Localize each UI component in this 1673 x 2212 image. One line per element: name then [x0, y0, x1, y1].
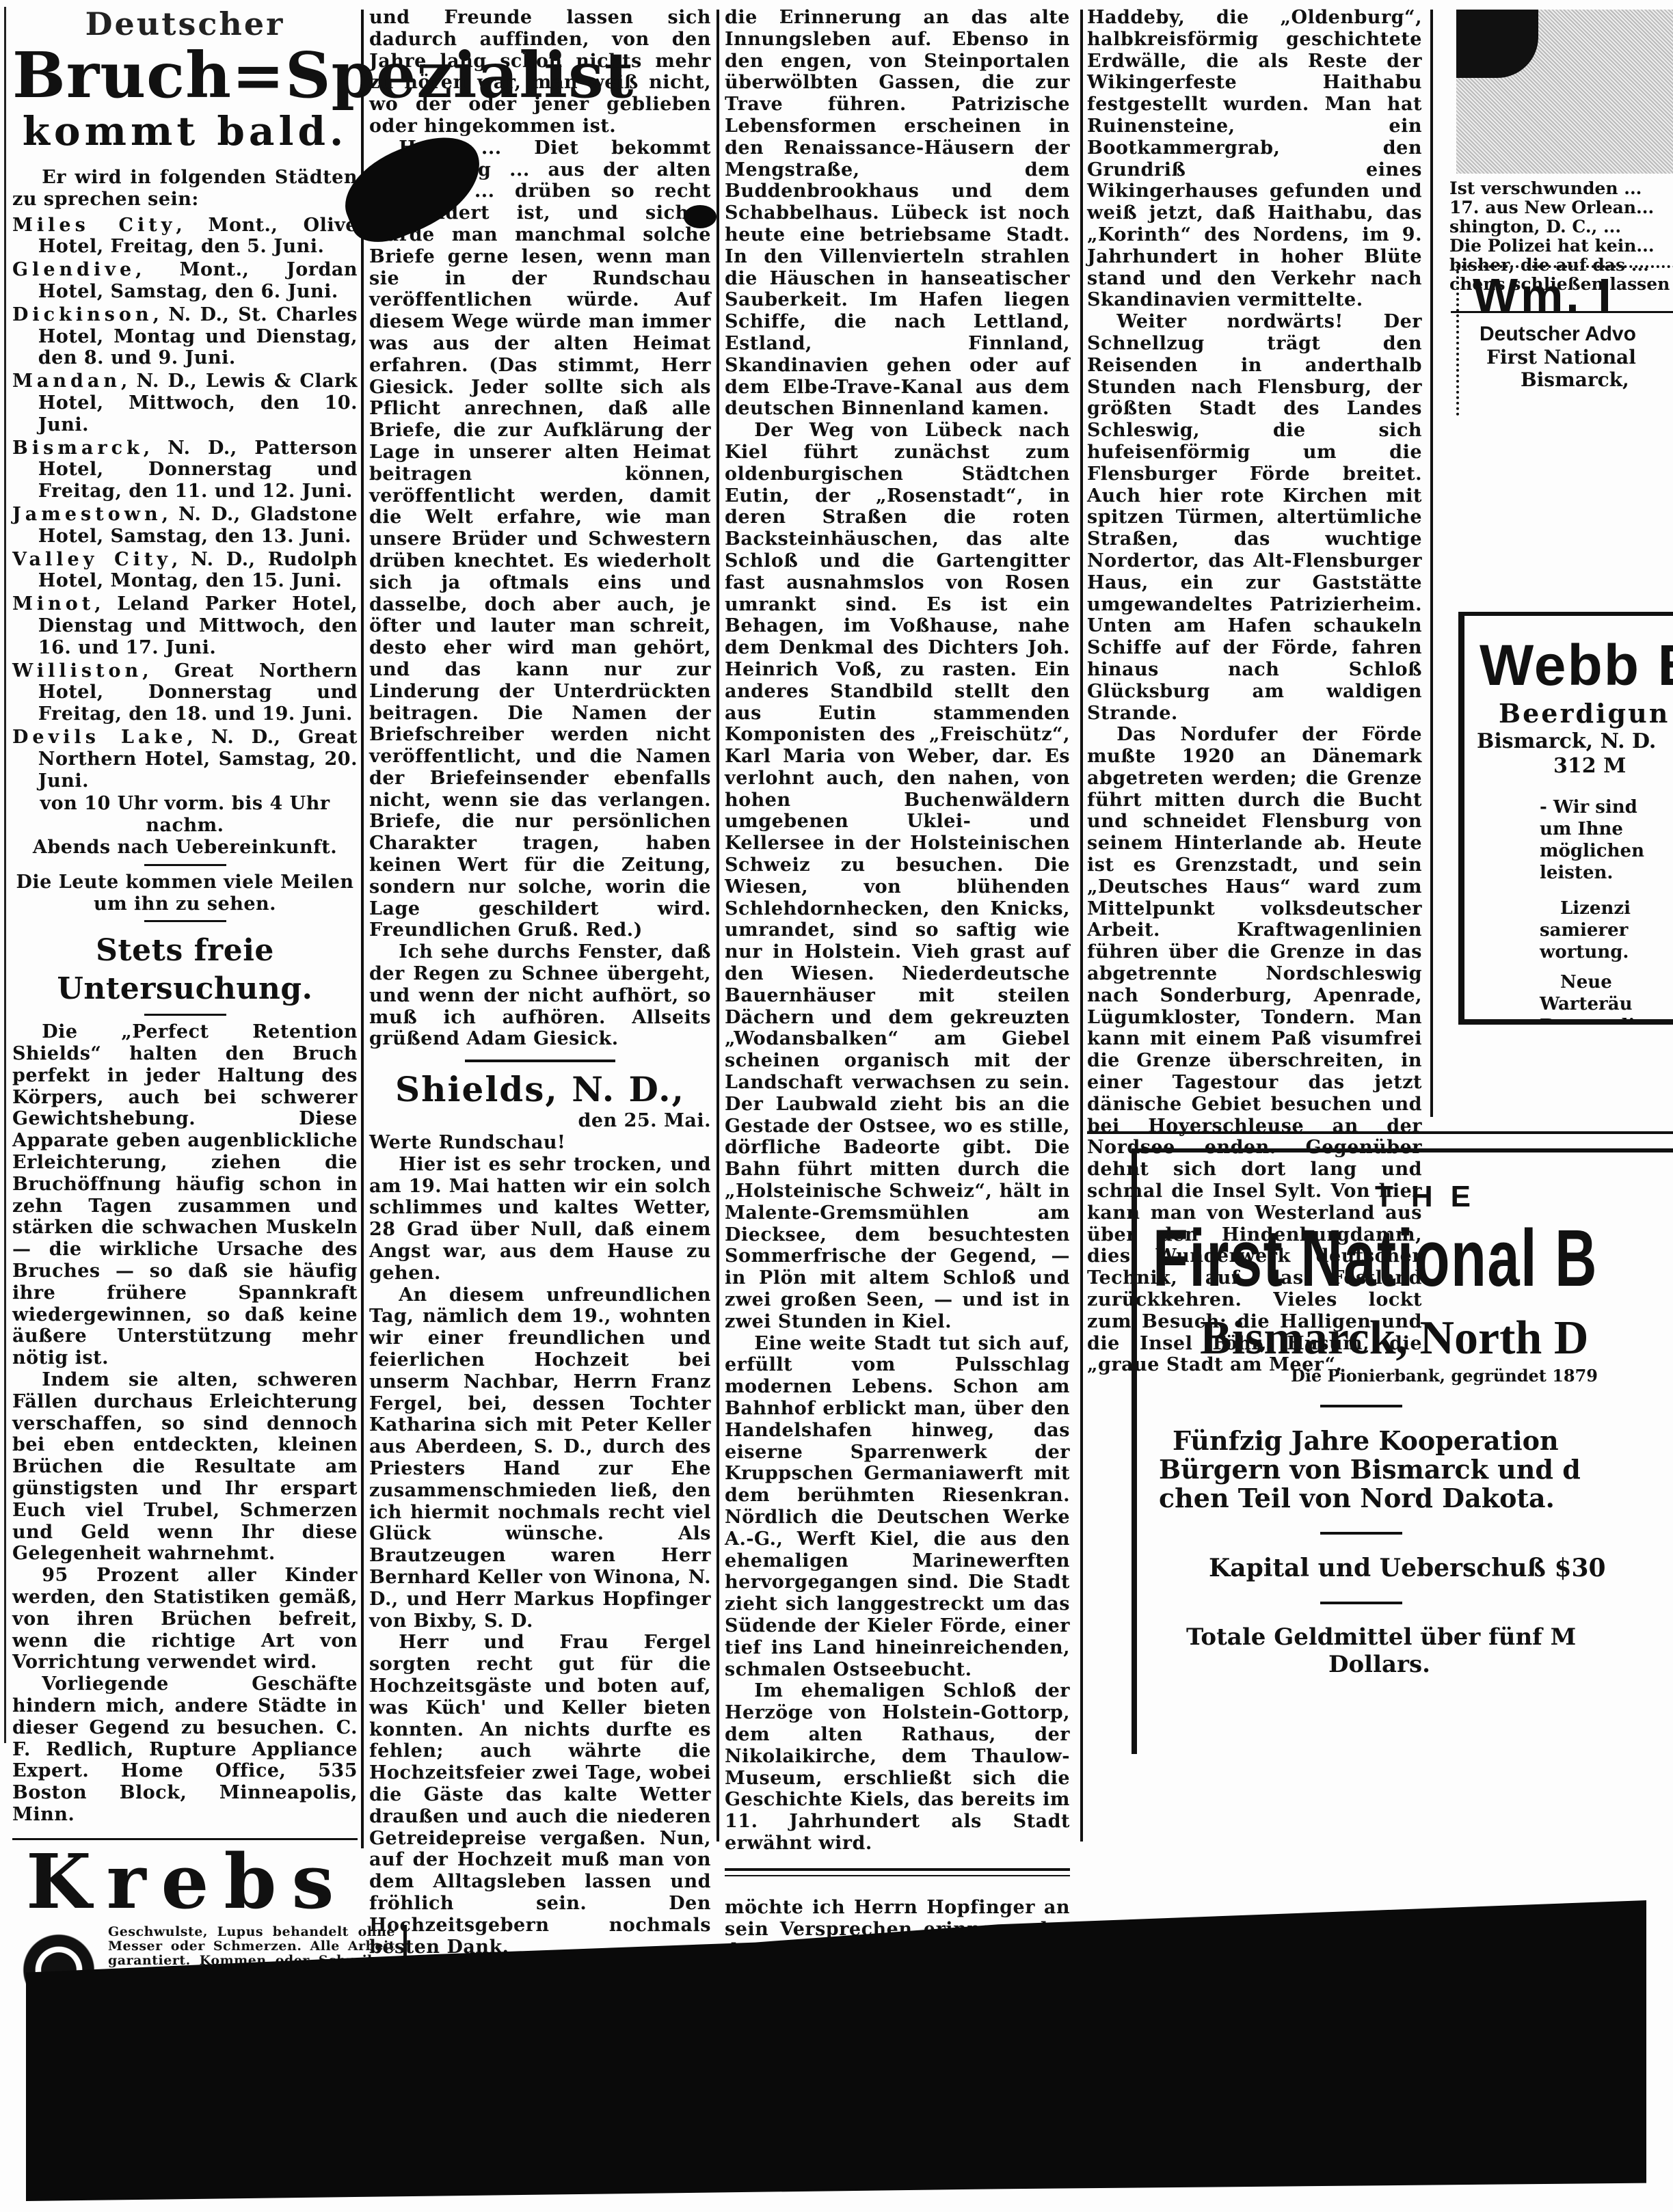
divider [144, 1014, 226, 1016]
divider [1320, 1405, 1402, 1407]
location-item: Dickinson, N. D., St. Charles Hotel, Mon… [12, 304, 358, 369]
paragraph: und Freunde lassen sich dadurch auffinde… [369, 7, 711, 137]
divider [1320, 1532, 1402, 1535]
divider [144, 920, 226, 922]
paragraph: die Erinnerung an das alte Innungsleben … [725, 7, 1070, 420]
header-fragment: Deutscher [12, 7, 358, 41]
location-item: Bismarck, N. D., Patterson Hotel, Donner… [12, 437, 358, 502]
column-rule [1080, 10, 1083, 1842]
locations-list: Miles City, Mont., Olive Hotel, Freitag,… [12, 215, 358, 792]
double-rule [725, 1868, 1070, 1876]
ink-stain [684, 205, 717, 228]
location-item: Glendive, Mont., Jordan Hotel, Samstag, … [12, 259, 358, 303]
wm-ad-line1: Deutscher Advo [1459, 323, 1673, 346]
paragraph: Herr ... Diet bekommt regelmäßig ... aus… [369, 137, 711, 941]
column-rule [361, 10, 364, 1848]
column-rule [1430, 10, 1433, 1117]
webb-ad-line2: Bismarck, N. D. [1464, 729, 1673, 754]
dispatch-date: den 25. Mai. [369, 1110, 711, 1132]
paragraph: Der Weg von Lübeck nach Kiel führt zunäc… [725, 420, 1070, 1332]
ornament-divider [465, 1060, 615, 1062]
left-margin-rule [4, 7, 6, 1743]
bank-ad-founded: Die Pionierbank, gegründet 1879 [1137, 1366, 1673, 1386]
paragraph: Weiter nordwärts! Der Schnellzug trägt d… [1087, 311, 1422, 724]
people-line: Die Leute kommen viele Meilen um ihn zu … [12, 872, 358, 915]
webb-funeral-ad: Webb B Beerdigun Bismarck, N. D. 312 M -… [1458, 612, 1673, 1025]
divider [144, 864, 226, 866]
newspaper-page: Deutscher Bruch=Spezialist kommt bald. E… [0, 0, 1673, 2212]
paragraph: Hier ist es sehr trocken, und am 19. Mai… [369, 1154, 711, 1284]
intro-text: Er wird in folgenden Städten zu sprechen… [12, 167, 358, 211]
divider [1320, 1602, 1402, 1604]
ad-title: Bruch=Spezialist [12, 41, 358, 109]
bank-ad-coop-1: Fünfzig Jahre Kooperation [1137, 1427, 1673, 1455]
wm-ad-name: Wm. I [1459, 268, 1673, 323]
hours-line-2: Abends nach Uebereinkunft. [12, 837, 358, 859]
location-item: Miles City, Mont., Olive Hotel, Freitag,… [12, 215, 358, 258]
column-2-letters: und Freunde lassen sich dadurch auffinde… [369, 7, 711, 2088]
bank-ad-name: First National B [1137, 1214, 1527, 1303]
webb-ad-name: Webb B [1464, 632, 1673, 698]
bank-ad-total-2: Dollars. [1137, 1651, 1673, 1678]
dispatch-heading: Shields, N. D., [369, 1069, 711, 1110]
column-rule [717, 10, 719, 1842]
first-national-bank-ad: THE First National B Bismarck, North D D… [1132, 1148, 1673, 1754]
salutation: Werte Rundschau! [369, 1132, 711, 1154]
bank-ad-city: Bismarck, North D [1137, 1311, 1673, 1366]
ad-subtitle: kommt bald. [12, 109, 358, 153]
column-3-travel-article: die Erinnerung an das alte Innungsleben … [725, 7, 1070, 2114]
section-heading: Stets freie Untersuchung. [12, 932, 358, 1008]
wm-advocate-ad: Wm. I Deutscher Advo First National Bism… [1456, 265, 1673, 416]
hours-line-1: von 10 Uhr vorm. bis 4 Uhr nachm. [12, 793, 358, 837]
wm-ad-line3: Bismarck, [1459, 368, 1673, 391]
paragraph: An diesem unfreundlichen Tag, nämlich de… [369, 1284, 711, 1632]
paragraph: Herr und Frau Fergel sorgten recht gut f… [369, 1632, 711, 1958]
paragraph: Eine weite Stadt tut sich auf, erfüllt v… [725, 1333, 1070, 1681]
bank-ad-coop-2: Bürgern von Bismarck und d [1137, 1455, 1673, 1484]
paragraph: Im ehemaligen Schloß der Herzöge von Hol… [725, 1680, 1070, 1854]
paragraph: Die „Perfect Retention Shields“ halten d… [12, 1021, 358, 1369]
location-item: Devils Lake, N. D., Great Northern Hotel… [12, 727, 358, 792]
paragraph: Ich sehe durchs Fenster, daß der Regen z… [369, 941, 711, 1050]
paragraph: 95 Prozent aller Kinder werden, den Stat… [12, 1565, 358, 1673]
divider [1087, 1131, 1673, 1134]
column-1-bruch-spezialist-ad: Deutscher Bruch=Spezialist kommt bald. E… [12, 7, 358, 2015]
paragraph: Vorliegende Geschäfte hindern mich, ande… [12, 1673, 358, 1826]
location-item: Jamestown, N. D., Gladstone Hotel, Samst… [12, 504, 358, 548]
paragraph: Indem sie alten, schweren Fällen durchau… [12, 1369, 358, 1565]
paragraph: Haddeby, die „Oldenburg“, halbkreisförmi… [1087, 7, 1422, 311]
bank-ad-the: THE [1137, 1180, 1673, 1214]
location-item: Williston, Great Northern Hotel, Donners… [12, 660, 358, 725]
webb-ad-line1: Beerdigun [1464, 698, 1673, 729]
bank-ad-total-1: Totale Geldmittel über fünf M [1137, 1623, 1673, 1651]
location-item: Valley City, N. D., Rudolph Hotel, Monta… [12, 549, 358, 593]
location-item: Minot, Leland Parker Hotel, Dienstag und… [12, 593, 358, 658]
location-item: Mandan, N. D., Lewis & Clark Hotel, Mitt… [12, 370, 358, 435]
missing-person-photo [1456, 10, 1673, 174]
bank-ad-coop-3: chen Teil von Nord Dakota. [1137, 1484, 1673, 1513]
webb-ad-body: - Wir sind um Ihne möglichen leisten. Li… [1464, 796, 1673, 1025]
wm-ad-line2: First National [1459, 346, 1673, 368]
krebs-ad-title: Krebs [12, 1844, 358, 1919]
bank-ad-capital: Kapital und Ueberschuß $30 [1137, 1554, 1673, 1582]
webb-ad-line3: 312 M [1464, 754, 1673, 779]
